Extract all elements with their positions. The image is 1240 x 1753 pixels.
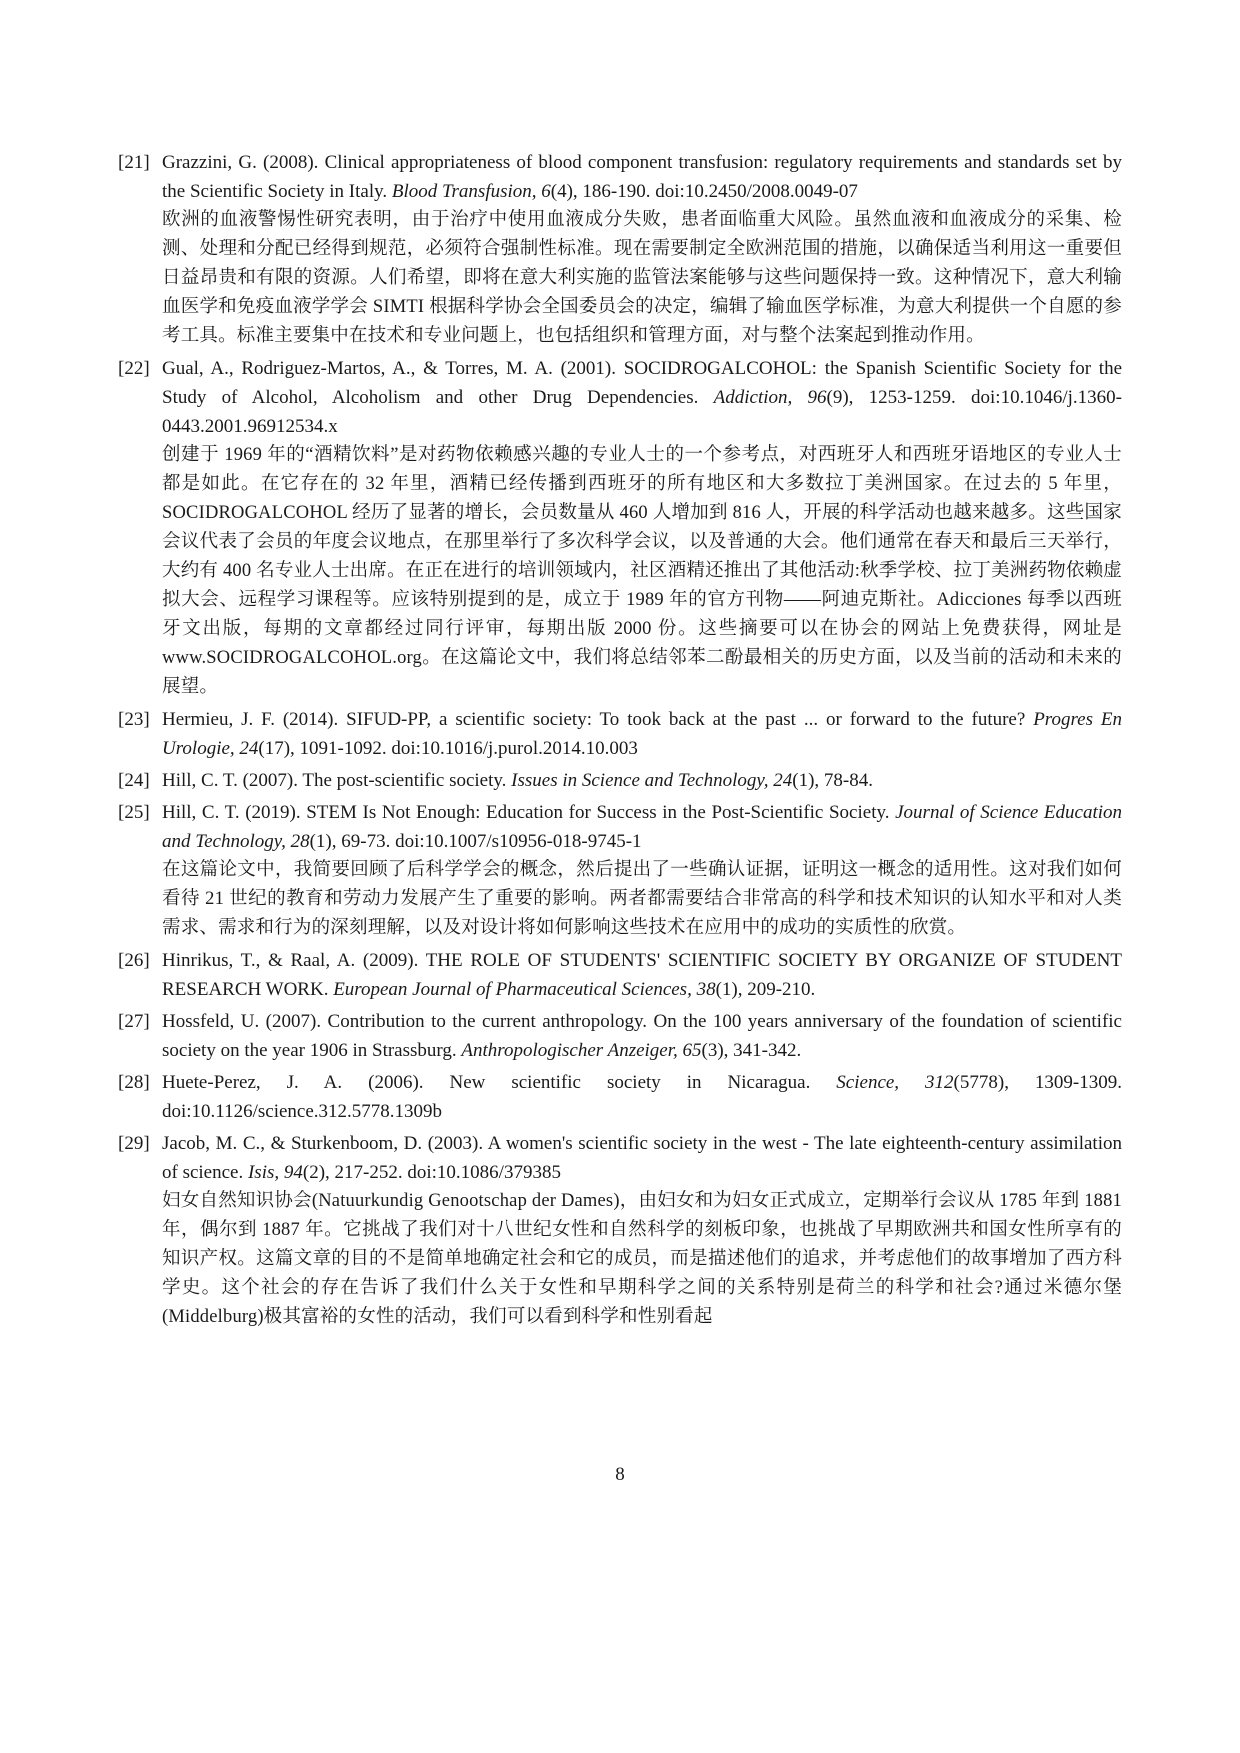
journal-name: Anthropologischer Anzeiger, 65 [461, 1040, 701, 1061]
citation-details: (1), 69-73. doi:10.1007/s10956-018-9745-… [310, 831, 642, 852]
journal-name: Issues in Science and Technology, 24 [511, 770, 792, 791]
citation: Hill, C. T. (2007). The post-scientific … [162, 766, 1122, 795]
citation: Hermieu, J. F. (2014). SIFUD-PP, a scien… [162, 705, 1122, 763]
abstract-zh: 创建于 1969 年的“酒精饮料”是对药物依赖感兴趣的专业人士的一个参考点，对西… [162, 441, 1122, 702]
reference-27: [27] Hossfeld, U. (2007). Contribution t… [118, 1007, 1122, 1065]
citation-details: (3), 341-342. [702, 1040, 802, 1061]
citation: Grazzini, G. (2008). Clinical appropriat… [162, 148, 1122, 206]
reference-25: [25] Hill, C. T. (2019). STEM Is Not Eno… [118, 798, 1122, 943]
citation: Hill, C. T. (2019). STEM Is Not Enough: … [162, 798, 1122, 856]
reference-22: [22] Gual, A., Rodriguez-Martos, A., & T… [118, 354, 1122, 702]
citation-details: (4), 186-190. doi:10.2450/2008.0049-07 [551, 181, 858, 202]
journal-name: Isis, 94 [248, 1162, 303, 1183]
journal-name: European Journal of Pharmaceutical Scien… [333, 979, 715, 1000]
citation-details: (1), 209-210. [716, 979, 816, 1000]
citation-authors-title: Hermieu, J. F. (2014). SIFUD-PP, a scien… [162, 709, 1033, 730]
reference-number: [23] [118, 705, 150, 734]
reference-number: [21] [118, 148, 150, 177]
reference-24: [24] Hill, C. T. (2007). The post-scient… [118, 766, 1122, 795]
journal-name: Addiction, 96 [714, 387, 827, 408]
reference-21: [21] Grazzini, G. (2008). Clinical appro… [118, 148, 1122, 351]
reference-list: [21] Grazzini, G. (2008). Clinical appro… [118, 148, 1122, 1335]
journal-name: Science, 312 [836, 1072, 953, 1093]
page-number: 8 [0, 1463, 1240, 1487]
abstract-zh: 在这篇论文中，我简要回顾了后科学学会的概念，然后提出了一些确认证据，证明这一概念… [162, 856, 1122, 943]
reference-26: [26] Hinrikus, T., & Raal, A. (2009). TH… [118, 946, 1122, 1004]
citation-authors-title: Huete-Perez, J. A. (2006). New scientifi… [162, 1072, 836, 1093]
citation: Hinrikus, T., & Raal, A. (2009). THE ROL… [162, 946, 1122, 1004]
abstract-zh: 妇女自然知识协会(Natuurkundig Genootschap der Da… [162, 1187, 1122, 1332]
reference-23: [23] Hermieu, J. F. (2014). SIFUD-PP, a … [118, 705, 1122, 763]
reference-28: [28] Huete-Perez, J. A. (2006). New scie… [118, 1068, 1122, 1126]
citation: Gual, A., Rodriguez-Martos, A., & Torres… [162, 354, 1122, 441]
citation: Jacob, M. C., & Sturkenboom, D. (2003). … [162, 1129, 1122, 1187]
reference-number: [27] [118, 1007, 150, 1036]
citation-authors-title: Hill, C. T. (2019). STEM Is Not Enough: … [162, 802, 895, 823]
journal-name: Blood Transfusion, 6 [392, 181, 551, 202]
reference-number: [25] [118, 798, 150, 827]
citation-details: (17), 1091-1092. doi:10.1016/j.purol.201… [258, 738, 637, 759]
reference-29: [29] Jacob, M. C., & Sturkenboom, D. (20… [118, 1129, 1122, 1332]
reference-number: [29] [118, 1129, 150, 1158]
citation-details: (1), 78-84. [792, 770, 873, 791]
citation: Huete-Perez, J. A. (2006). New scientifi… [162, 1068, 1122, 1126]
reference-number: [26] [118, 946, 150, 975]
reference-number: [24] [118, 766, 150, 795]
reference-number: [22] [118, 354, 150, 383]
reference-number: [28] [118, 1068, 150, 1097]
citation-details: (2), 217-252. doi:10.1086/379385 [303, 1162, 561, 1183]
citation-authors-title: Hill, C. T. (2007). The post-scientific … [162, 770, 511, 791]
citation: Hossfeld, U. (2007). Contribution to the… [162, 1007, 1122, 1065]
abstract-zh: 欧洲的血液警惕性研究表明，由于治疗中使用血液成分失败，患者面临重大风险。虽然血液… [162, 206, 1122, 351]
